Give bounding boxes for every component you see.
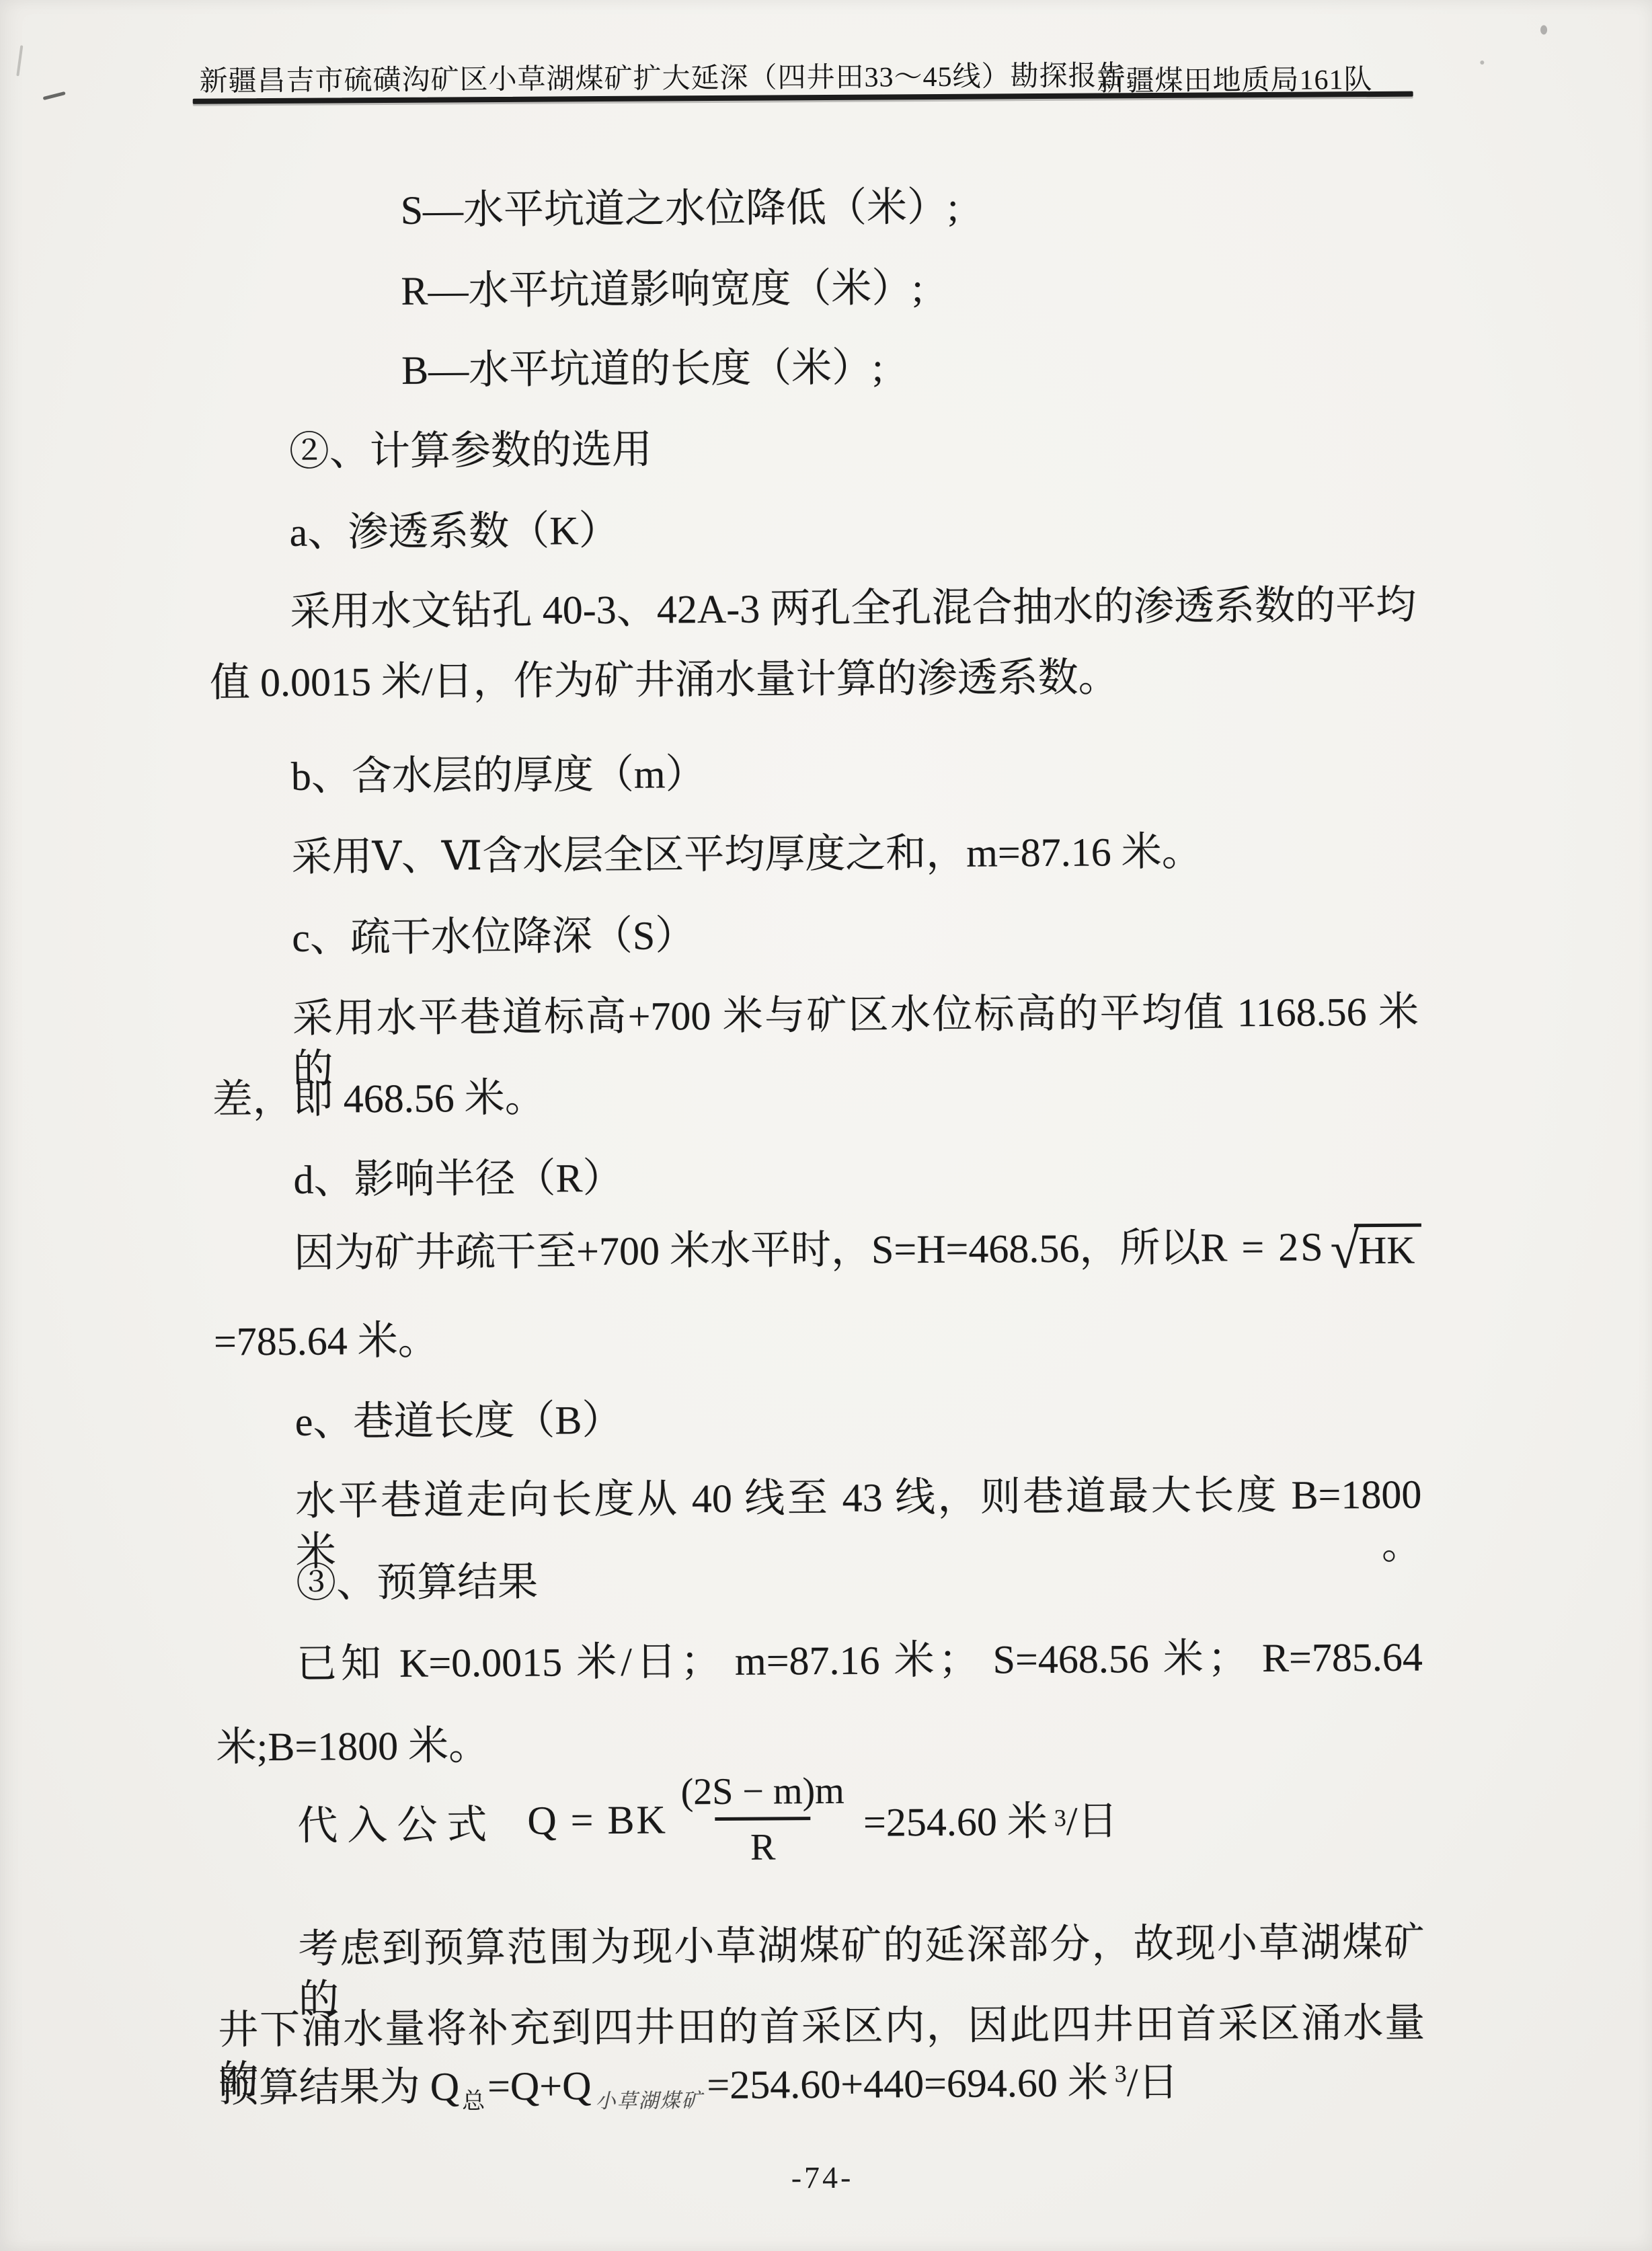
- result-line2: 米;B=1800 米。: [216, 1721, 489, 1772]
- radius-formula-lhs: R = 2S: [1200, 1222, 1325, 1273]
- item-d-line1-text: 因为矿井疏干至+700 米水平时，S=H=468.56，所以: [294, 1223, 1201, 1279]
- item-a-line1: 采用水文钻孔 40-3、42A-3 两孔全孔混合抽水的渗透系数的平均: [290, 580, 1416, 637]
- total-unit: /日: [1127, 2060, 1179, 2104]
- result-line1: 已知 K=0.0015 米/日； m=87.16 米； S=468.56 米； …: [297, 1632, 1423, 1690]
- radicand: HK: [1354, 1224, 1421, 1271]
- cubic-superscript-total: 3: [1115, 2060, 1127, 2087]
- formula-unit: /日: [1066, 1788, 1118, 1846]
- square-root: √ HK: [1330, 1224, 1421, 1271]
- item-b-line1: 采用Ⅴ、Ⅵ含水层全区平均厚度之和，m=87.16 米。: [291, 827, 1202, 883]
- item-d-line2: =785.64 米。: [214, 1316, 438, 1368]
- definition-s: S—水平坑道之水位降低（米）;: [400, 182, 958, 236]
- scan-artifact-edge-mark: [16, 45, 23, 76]
- radius-formula: R = 2S √ HK: [1200, 1222, 1421, 1273]
- subscript-total: 总: [462, 2089, 485, 2114]
- inflow-formula: 代入公式 Q = BK (2S − m)m R =254.60 米 3 /日: [297, 1769, 1424, 1869]
- item-c-line2: 差，即 468.56 米。: [212, 1073, 545, 1125]
- page-number: -74-: [219, 2156, 1425, 2199]
- scan-artifact-speck: [1480, 61, 1484, 65]
- item-e-heading: e、巷道长度（B）: [294, 1395, 622, 1448]
- report-header-title: 新疆昌吉市硫磺沟矿区小草湖煤矿扩大延深（四井田33～45线）勘探报告: [199, 60, 1126, 98]
- definition-r: R—水平坑道影响宽度（米）;: [401, 263, 923, 317]
- scanned-content: 新疆昌吉市硫磺沟矿区小草湖煤矿扩大延深（四井田33～45线）勘探报告 新疆煤田地…: [0, 0, 1652, 2251]
- total-result: =254.60+440=694.60 米: [707, 2060, 1108, 2107]
- formula-lhs: Q = BK: [527, 1796, 668, 1844]
- scan-artifact-dash: [43, 91, 66, 100]
- item-c-heading: c、疏干水位降深（S）: [292, 910, 695, 963]
- total-mid: =Q+Q: [487, 2063, 592, 2108]
- definition-b: B—水平坑道的长度（米）;: [401, 342, 883, 395]
- subscript-mine-name: 小草湖煤矿: [595, 2090, 703, 2112]
- fraction-denominator: R: [715, 1817, 811, 1866]
- item-b-heading: b、含水层的厚度（m）: [291, 749, 706, 802]
- fraction-numerator: (2S − m)m: [676, 1772, 849, 1818]
- section2-heading: ②、计算参数的选用: [289, 425, 652, 477]
- fraction: (2S − m)m R: [676, 1772, 849, 1867]
- formula-result: =254.60 米: [863, 1789, 1048, 1848]
- report-page: 新疆昌吉市硫磺沟矿区小草湖煤矿扩大延深（四井田33～45线）勘探报告 新疆煤田地…: [0, 0, 1652, 2251]
- item-d-line1: 因为矿井疏干至+700 米水平时，S=H=468.56，所以 R = 2S √ …: [294, 1222, 1420, 1279]
- section3-heading: ③、预算结果: [296, 1557, 538, 1609]
- formula-intro: 代入公式: [297, 1792, 497, 1852]
- item-a-heading: a、渗透系数（K）: [289, 506, 619, 558]
- item-d-heading: d、影响半径（R）: [293, 1153, 623, 1206]
- radical-sign: √: [1330, 1228, 1359, 1273]
- total-inflow-formula: 预算结果为 Q总=Q+Q小草湖煤矿=254.60+440=694.60 米3/日: [218, 2050, 1178, 2114]
- scan-artifact-speck: [1540, 25, 1547, 34]
- total-intro: 预算结果为 Q: [219, 2064, 460, 2110]
- item-a-line2: 值 0.0015 米/日，作为矿井涌水量计算的渗透系数。: [210, 652, 1119, 708]
